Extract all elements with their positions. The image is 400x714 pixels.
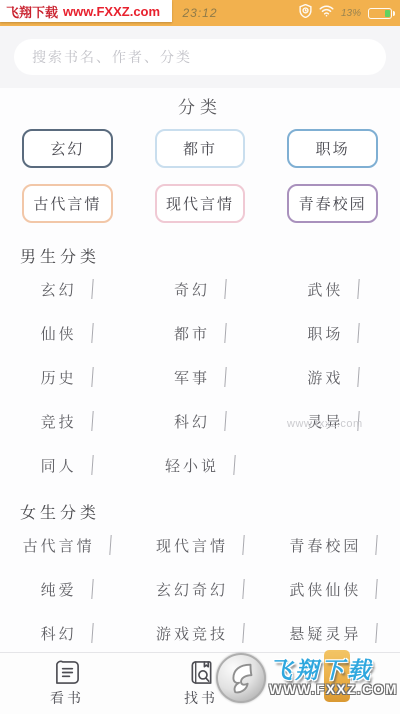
category-button[interactable]: 现代言情 xyxy=(155,184,246,223)
category-label: 科幻 xyxy=(174,411,210,432)
download-site-banner: 飞翔下载 www.FXXZ.com xyxy=(0,0,172,22)
category-label: 武侠 xyxy=(307,279,343,300)
category-label: 竞技 xyxy=(41,411,77,432)
banner-site-name: 飞翔下载 xyxy=(6,2,58,21)
divider xyxy=(358,279,360,299)
category-label: 奇幻 xyxy=(174,279,210,300)
category-label: 武侠仙侠 xyxy=(289,579,361,600)
battery-fill xyxy=(385,10,390,17)
category-item[interactable]: 科幻 xyxy=(0,611,133,655)
category-label: 玄幻 xyxy=(41,279,77,300)
category-item[interactable]: 职场 xyxy=(267,311,400,355)
female-category-grid: 古代言情 现代言情 青春校园 纯爱 玄幻奇幻 xyxy=(0,523,400,655)
battery-icon xyxy=(368,8,392,19)
category-item[interactable]: 青春校园 xyxy=(267,523,400,567)
watermark-url: WWW.FXXZ.COM xyxy=(269,682,398,697)
category-label: 仙侠 xyxy=(41,323,77,344)
category-item[interactable]: 游戏竞技 xyxy=(133,611,266,655)
battery-percent: 13% xyxy=(341,8,361,19)
category-item[interactable]: 纯爱 xyxy=(0,567,133,611)
category-item[interactable]: 仙侠 xyxy=(0,311,133,355)
category-item[interactable]: 现代言情 xyxy=(133,523,266,567)
banner-site-url: www.FXXZ.com xyxy=(63,4,160,19)
divider xyxy=(224,323,226,343)
divider xyxy=(91,455,93,475)
category-button[interactable]: 青春校园 xyxy=(287,184,378,223)
divider xyxy=(91,323,93,343)
male-section-title: 男生分类 xyxy=(20,244,400,265)
divider xyxy=(224,279,226,299)
inline-watermark: www.fxxz.com xyxy=(287,418,363,430)
category-item[interactable]: 古代言情 xyxy=(0,523,133,567)
reading-icon xyxy=(54,659,81,686)
divider xyxy=(91,623,93,643)
category-item[interactable]: 军事 xyxy=(133,355,266,399)
category-label: 轻小说 xyxy=(165,455,219,476)
category-label: 同人 xyxy=(41,455,77,476)
search-input[interactable] xyxy=(14,39,386,75)
featured-category-grid: 玄幻 都市 职场 古代言情 现代言情 青春校园 xyxy=(0,124,400,231)
divider xyxy=(242,623,244,643)
divider xyxy=(242,579,244,599)
tab-read-books[interactable]: 看书 xyxy=(0,653,134,714)
category-item[interactable]: 同人 xyxy=(0,443,133,487)
category-item[interactable]: 竞技 xyxy=(0,399,133,443)
category-item[interactable]: 武侠仙侠 xyxy=(267,567,400,611)
category-label: 历史 xyxy=(41,367,77,388)
shield-icon xyxy=(299,4,312,23)
category-label: 游戏 xyxy=(307,367,343,388)
app-screen: 飞翔下载 www.FXXZ.com 23:12 13% xyxy=(0,0,400,714)
category-label: 游戏竞技 xyxy=(156,623,228,644)
divider xyxy=(242,535,244,555)
category-item[interactable]: 科幻 xyxy=(133,399,266,443)
divider xyxy=(376,623,378,643)
divider xyxy=(109,535,111,555)
category-label: 现代言情 xyxy=(156,535,228,556)
category-button[interactable]: 都市 xyxy=(155,129,246,168)
watermark-title: 飞翔下载 xyxy=(269,658,398,682)
wifi-icon xyxy=(319,4,334,22)
status-bar: 飞翔下载 www.FXXZ.com 23:12 13% xyxy=(0,0,400,26)
category-item[interactable]: 悬疑灵异 xyxy=(267,611,400,655)
status-icons: 13% xyxy=(299,0,392,26)
category-label: 悬疑灵异 xyxy=(289,623,361,644)
category-item[interactable]: 武侠 xyxy=(267,267,400,311)
category-label: 军事 xyxy=(174,367,210,388)
divider xyxy=(233,455,235,475)
category-label: 纯爱 xyxy=(41,579,77,600)
site-watermark: 飞翔下载 WWW.FXXZ.COM xyxy=(216,652,400,703)
divider xyxy=(358,367,360,387)
category-item[interactable]: 奇幻 xyxy=(133,267,266,311)
category-label: 青春校园 xyxy=(289,535,361,556)
category-item[interactable]: 游戏 xyxy=(267,355,400,399)
divider xyxy=(358,323,360,343)
divider xyxy=(91,279,93,299)
page-title: 分类 xyxy=(0,97,400,119)
category-item[interactable]: 都市 xyxy=(133,311,266,355)
category-label: 古代言情 xyxy=(23,535,95,556)
category-item[interactable]: 玄幻 xyxy=(0,267,133,311)
divider xyxy=(376,579,378,599)
tab-label: 找书 xyxy=(184,688,218,708)
category-button[interactable]: 玄幻 xyxy=(22,129,113,168)
divider xyxy=(224,367,226,387)
find-book-icon xyxy=(188,659,215,686)
fxxz-logo-icon xyxy=(216,653,266,703)
status-time: 23:12 xyxy=(182,6,217,20)
category-item[interactable]: 玄幻奇幻 xyxy=(133,567,266,611)
tab-label: 看书 xyxy=(50,688,84,708)
divider xyxy=(376,535,378,555)
divider xyxy=(91,579,93,599)
divider xyxy=(91,411,93,431)
category-label: 科幻 xyxy=(41,623,77,644)
divider xyxy=(91,367,93,387)
watermark-text: 飞翔下载 WWW.FXXZ.COM xyxy=(269,658,398,697)
category-button[interactable]: 古代言情 xyxy=(22,184,113,223)
search-section xyxy=(0,26,400,88)
category-item[interactable]: 历史 xyxy=(0,355,133,399)
category-button[interactable]: 职场 xyxy=(287,129,378,168)
male-category-grid: 玄幻 奇幻 武侠 仙侠 都市 职场 xyxy=(0,267,400,487)
divider xyxy=(224,411,226,431)
category-label: 玄幻奇幻 xyxy=(156,579,228,600)
category-label: 职场 xyxy=(307,323,343,344)
female-section-title: 女生分类 xyxy=(20,500,400,521)
category-item[interactable]: 轻小说 xyxy=(133,443,266,487)
category-label: 都市 xyxy=(174,323,210,344)
